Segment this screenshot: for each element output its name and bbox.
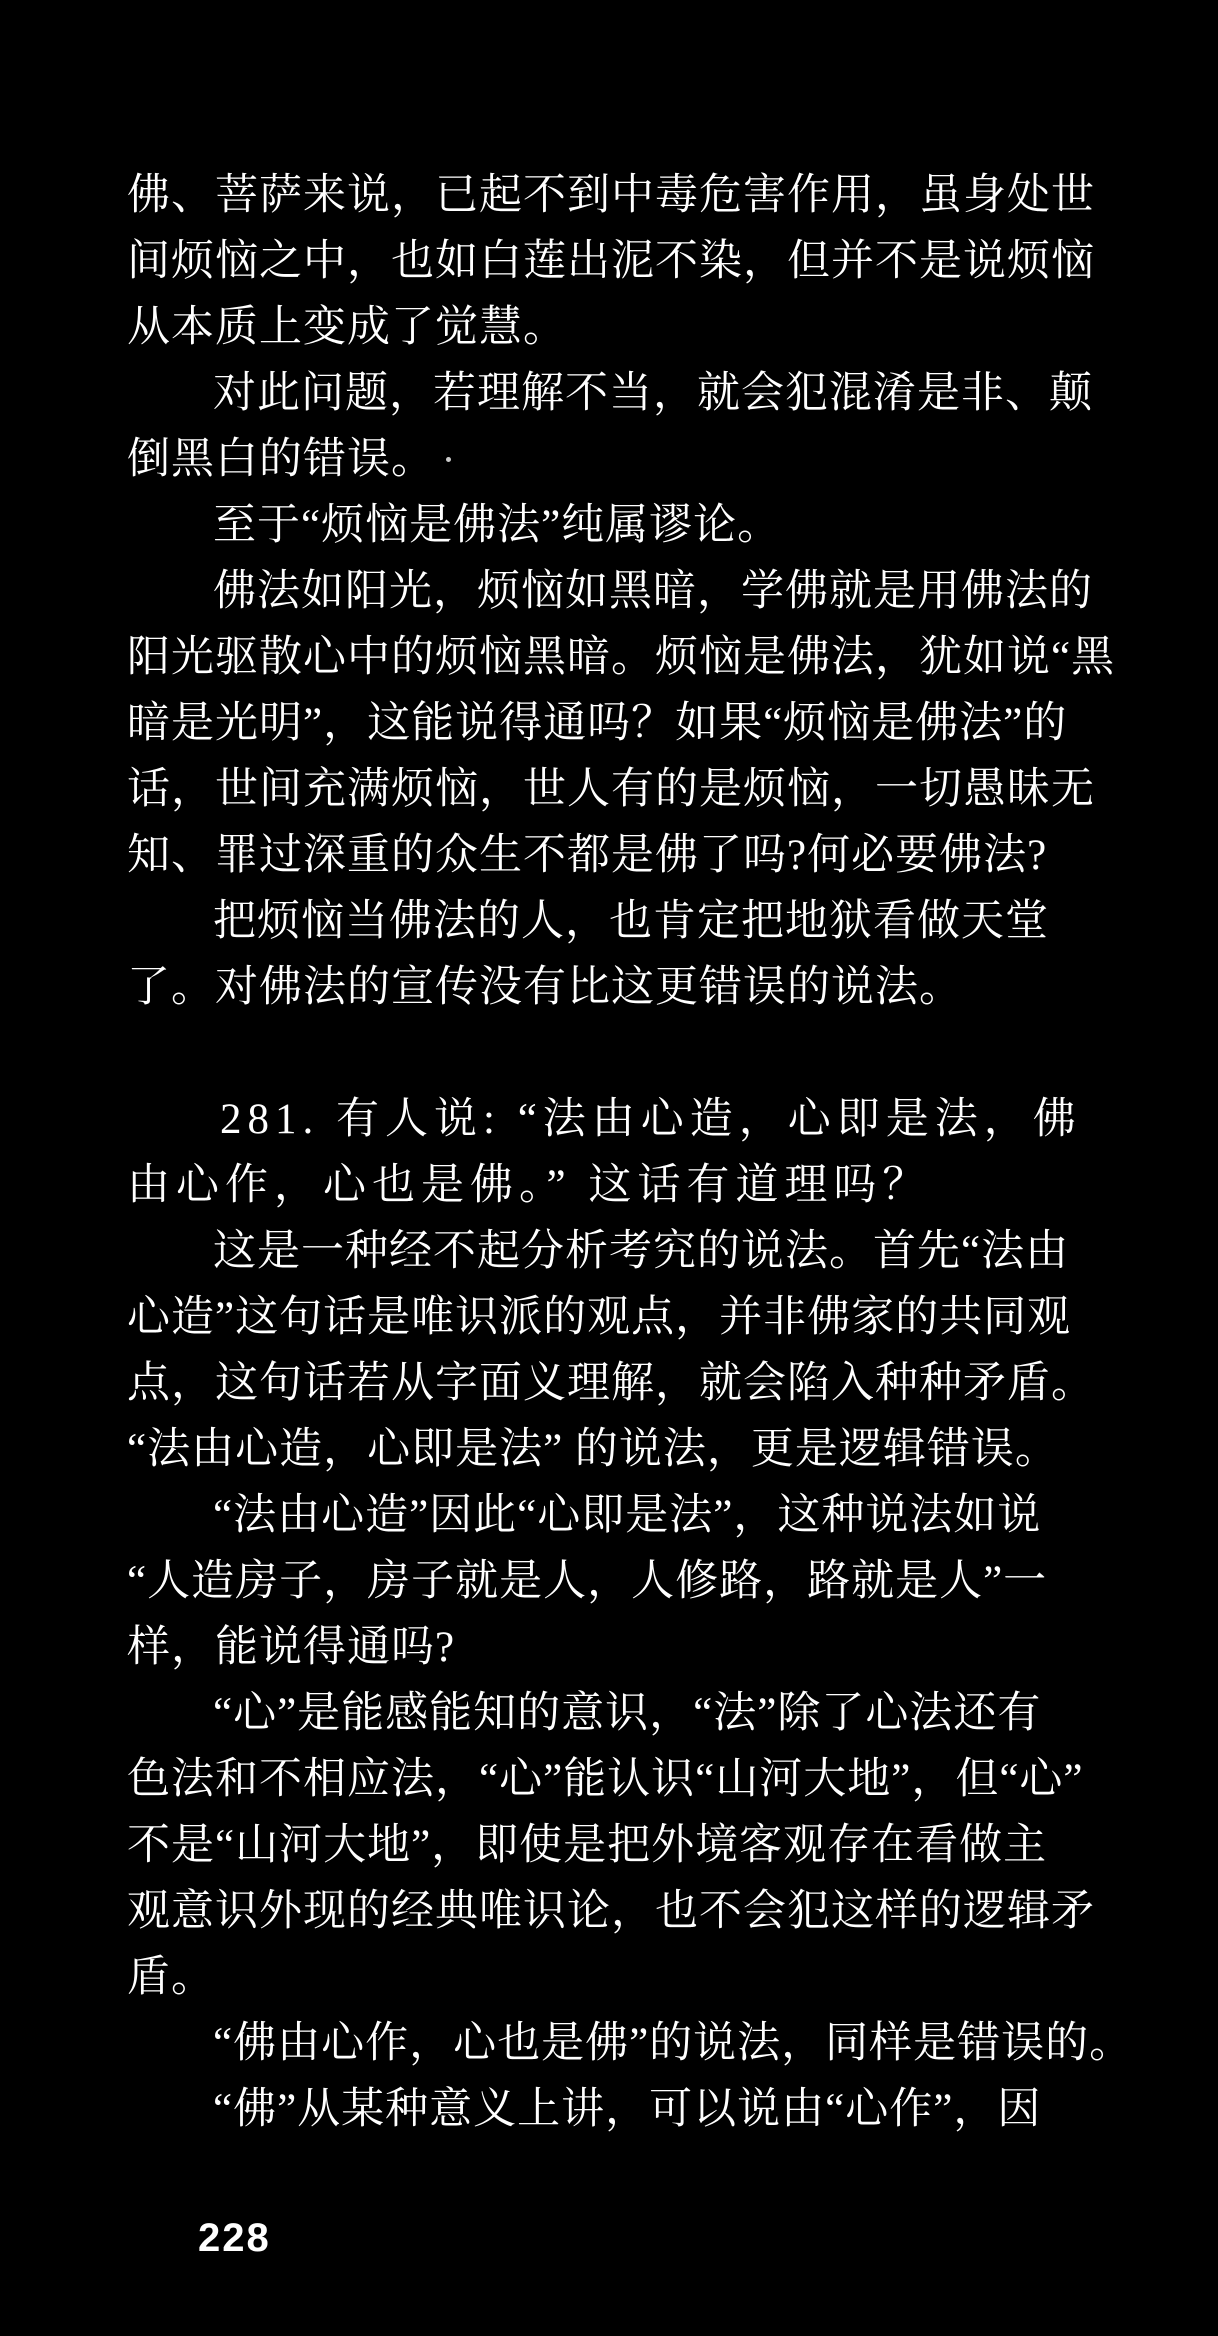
text-line: 间烦恼之中，也如白莲出泥不染，但并不是说烦恼 [127, 239, 1095, 285]
text-line: 了。对佛法的宣传没有比这更错误的说法。 [127, 965, 963, 1011]
text-line: 样，能说得通吗? [127, 1625, 455, 1671]
scanned-book-page: 佛、菩萨来说，已起不到中毒危害作用，虽身处世 间烦恼之中，也如白莲出泥不染，但并… [0, 0, 1218, 2336]
text-line: 至于“烦恼是佛法”纯属谬论。 [213, 503, 781, 549]
text-line: 色法和不相应法，“心”能认识“山河大地”，但“心” [127, 1757, 1084, 1803]
text-line: 阳光驱散心中的烦恼黑暗。烦恼是佛法，犹如说“黑 [127, 635, 1115, 681]
text-line: “法由心造，心即是法” 的说法，更是逻辑错误。 [127, 1427, 1059, 1473]
scan-artifact-dot [446, 457, 451, 462]
text-line: “心”是能感能知的意识，“法”除了心法还有 [213, 1691, 1041, 1737]
text-line: 知、罪过深重的众生不都是佛了吗?何必要佛法? [127, 833, 1047, 879]
text-line: “佛由心作，心也是佛”的说法，同样是错误的。 [213, 2021, 1133, 2067]
text-line: 这是一种经不起分析考究的说法。首先“法由 [213, 1229, 1069, 1275]
text-line: 把烦恼当佛法的人，也肯定把地狱看做天堂 [213, 899, 1049, 945]
text-line: 佛、菩萨来说，已起不到中毒危害作用，虽身处世 [127, 173, 1095, 219]
question-line: 由心作，心也是佛。” 这话有道理吗？ [127, 1163, 931, 1209]
text-line: 暗是光明”，这能说得通吗？如果“烦恼是佛法”的 [127, 701, 1067, 747]
text-line: 盾。 [127, 1955, 215, 2001]
question-line: 281. 有人说: “法由心造，心即是法，佛 [220, 1097, 1082, 1143]
text-line: 观意识外现的经典唯识论，也不会犯这样的逻辑矛 [127, 1889, 1095, 1935]
text-line: 佛法如阳光，烦恼如黑暗，学佛就是用佛法的 [213, 569, 1093, 615]
text-line: 对此问题，若理解不当，就会犯混淆是非、颠 [213, 371, 1093, 417]
text-line: “法由心造”因此“心即是法”，这种说法如说 [213, 1493, 1041, 1539]
text-line: 不是“山河大地”，即使是把外境客观存在看做主 [127, 1823, 1047, 1869]
text-line: “佛”从某种意义上讲，可以说由“心作”，因 [213, 2087, 1041, 2133]
page-number: 228 [198, 2216, 271, 2261]
text-line: 从本质上变成了觉慧。 [127, 305, 567, 351]
text-line: 倒黑白的错误。 [127, 437, 435, 483]
text-line: “人造房子，房子就是人，人修路，路就是人”一 [127, 1559, 1047, 1605]
text-line: 心造”这句话是唯识派的观点，并非佛家的共同观 [127, 1295, 1071, 1341]
text-line: 话，世间充满烦恼，世人有的是烦恼，一切愚昧无 [127, 767, 1095, 813]
text-line: 点，这句话若从字面义理解，就会陷入种种矛盾。 [127, 1361, 1095, 1407]
